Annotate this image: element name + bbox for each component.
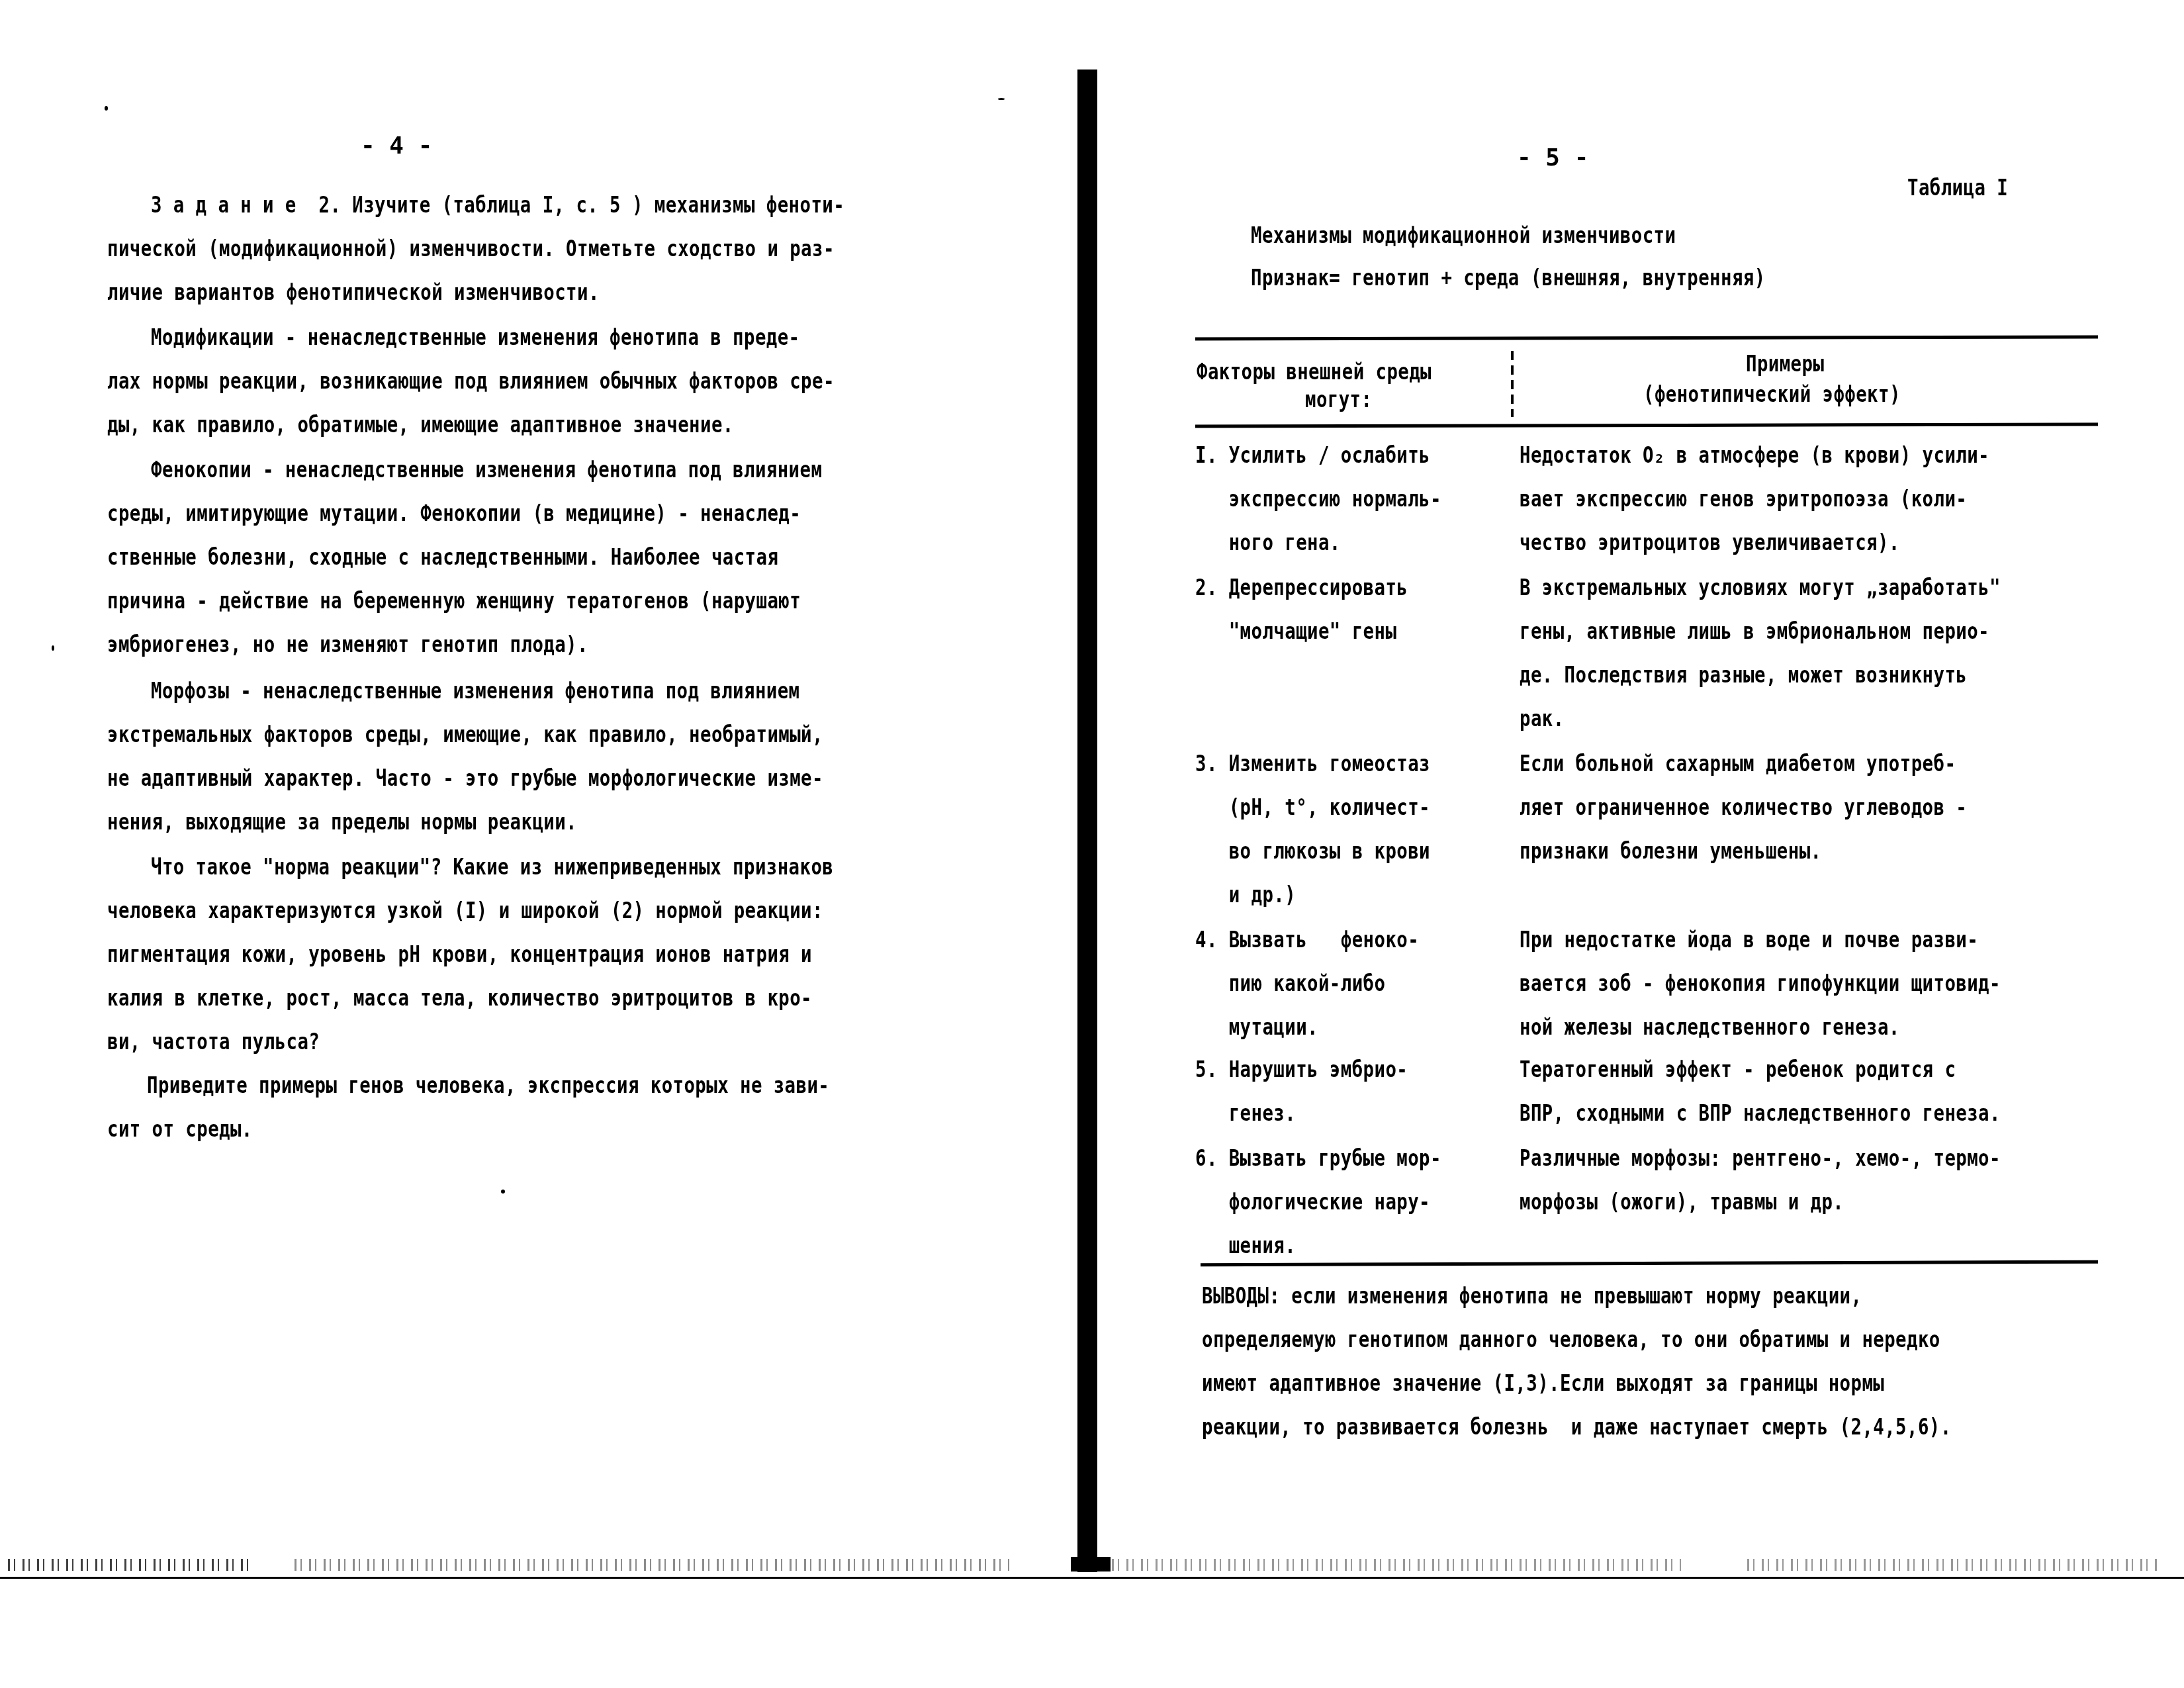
scan-speck bbox=[52, 645, 54, 651]
scan-noise bbox=[1747, 1559, 2158, 1571]
table-label: Таблица I bbox=[1907, 175, 2008, 201]
task-paragraph-line: пической (модификационной) изменчивости.… bbox=[107, 236, 835, 262]
scan-noise bbox=[8, 1559, 253, 1571]
question-paragraph-line: ви, частота пульса? bbox=[107, 1029, 320, 1055]
table-row-example: ной железы наследственного генеза. bbox=[1520, 1014, 1900, 1041]
table-row-factor: 3. Изменить гомеостаз bbox=[1195, 751, 1430, 777]
conclusion-line: ВЫВОДЫ: если изменения фенотипа не превы… bbox=[1202, 1283, 1862, 1309]
conclusion-line: реакции, то развивается болезнь и даже н… bbox=[1202, 1414, 1952, 1440]
phenocopies-paragraph-line: среды, имитирующие мутации. Фенокопии (в… bbox=[107, 500, 801, 527]
question-paragraph-line: калия в клетке, рост, масса тела, количе… bbox=[107, 985, 812, 1011]
scan-noise bbox=[295, 1559, 1009, 1571]
table-row-example: Если больной сахарным диабетом употреб- bbox=[1520, 751, 1956, 777]
table-row-factor: генез. bbox=[1195, 1100, 1296, 1127]
table-row-factor: и др.) bbox=[1195, 882, 1296, 908]
table-row-factor: шения. bbox=[1195, 1233, 1296, 1259]
examples-paragraph-line: Приведите примеры генов человека, экспре… bbox=[147, 1072, 829, 1099]
table-row-factor: 2. Дерепрессировать bbox=[1195, 575, 1408, 601]
table-row-factor: I. Усилить / ослабить bbox=[1195, 442, 1430, 469]
scan-speck bbox=[105, 106, 108, 111]
morphoses-paragraph-line: не адаптивный характер. Часто - это груб… bbox=[107, 765, 823, 792]
phenocopies-paragraph-line: ственные болезни, сходные с наследственн… bbox=[107, 544, 778, 571]
table-row-example: ляет ограниченное количество углеводов - bbox=[1520, 794, 1967, 821]
modifications-paragraph-line: лах нормы реакции, возникающие под влиян… bbox=[107, 368, 835, 395]
page-number: - 4 - bbox=[361, 132, 432, 160]
modifications-paragraph-line: Модификации - ненаследственные изменения… bbox=[151, 324, 800, 351]
table-row-example: морфозы (ожоги), травмы и др. bbox=[1520, 1189, 1844, 1215]
task-paragraph-line: З а д а н и е 2. Изучите (таблица I, с. … bbox=[151, 192, 844, 218]
table-row-example: рак. bbox=[1520, 706, 1565, 732]
task-paragraph-line: личие вариантов фенотипической изменчиво… bbox=[107, 279, 600, 306]
modifications-paragraph-line: ды, как правило, обратимые, имеющие адап… bbox=[107, 412, 734, 438]
morphoses-paragraph-line: экстремальных факторов среды, имеющие, к… bbox=[107, 722, 823, 748]
table-row-example: де. Последствия разные, может возникнуть bbox=[1520, 662, 1967, 688]
table-bottom-rule bbox=[1201, 1260, 2098, 1267]
table-row-factor: 4. Вызвать феноко- bbox=[1195, 927, 1419, 953]
table-row-example: вает экспрессию генов эритропоэза (коли- bbox=[1520, 486, 1967, 512]
table-row-factor: 6. Вызвать грубые мор- bbox=[1195, 1145, 1441, 1172]
table-column-separator bbox=[1511, 351, 1514, 417]
question-paragraph-line: Что такое "норма реакции"? Какие из ниже… bbox=[151, 854, 833, 880]
table-header-examples: (фенотипический эффект) bbox=[1643, 381, 1901, 408]
table-row-example: Недостаток O₂ в атмосфере (в крови) усил… bbox=[1520, 442, 1989, 469]
morphoses-paragraph-line: нения, выходящие за пределы нормы реакци… bbox=[107, 809, 577, 835]
table-row-factor: фологические нару- bbox=[1195, 1189, 1430, 1215]
conclusion-line: определяемую генотипом данного человека,… bbox=[1202, 1327, 1940, 1353]
table-row-example: признаки болезни уменьшены. bbox=[1520, 838, 1821, 865]
table-row-example: При недостатке йода в воде и почве разви… bbox=[1520, 927, 1978, 953]
table-row-example: чество эритроцитов увеличивается). bbox=[1520, 530, 1900, 556]
table-row-factor: пию какой-либо bbox=[1195, 970, 1385, 997]
table-header-factors: могут: bbox=[1305, 387, 1372, 413]
table-row-example: В экстремальных условиях могут „заработа… bbox=[1520, 575, 2001, 601]
scan-noise bbox=[1112, 1559, 1681, 1571]
table-row-factor: 5. Нарушить эмбрио- bbox=[1195, 1056, 1408, 1083]
table-row-example: Тератогенный эффект - ребенок родится с bbox=[1520, 1056, 1956, 1083]
table-row-factor: (pH, t°, количест- bbox=[1195, 794, 1430, 821]
question-paragraph-line: пигментация кожи, уровень pH крови, конц… bbox=[107, 941, 812, 968]
table-row-factor: ного гена. bbox=[1195, 530, 1341, 556]
table-header-factors: Факторы внешней среды bbox=[1197, 359, 1432, 385]
conclusion-line: имеют адаптивное значение (I,3).Если вых… bbox=[1202, 1370, 1884, 1397]
table-row-example: гены, активные лишь в эмбриональном пери… bbox=[1520, 618, 1989, 645]
table-row-factor: "молчащие" гены bbox=[1195, 618, 1396, 645]
page-number: - 5 - bbox=[1517, 144, 1588, 171]
table-header-examples: Примеры bbox=[1746, 351, 1824, 377]
table-row-factor: мутации. bbox=[1195, 1014, 1318, 1041]
phenocopies-paragraph-line: причина - действие на беременную женщину… bbox=[107, 588, 801, 614]
scan-speck bbox=[501, 1190, 505, 1194]
morphoses-paragraph-line: Морфозы - ненаследственные изменения фен… bbox=[151, 678, 800, 704]
phenocopies-paragraph-line: эмбриогенез, но не изменяют генотип плод… bbox=[107, 632, 588, 658]
question-paragraph-line: человека характеризуются узкой (I) и шир… bbox=[107, 898, 823, 924]
phenocopies-paragraph-line: Фенокопии - ненаследственные изменения ф… bbox=[151, 457, 822, 483]
scan-speck bbox=[998, 98, 1005, 100]
table-title: Механизмы модификационной изменчивости bbox=[1251, 222, 1676, 249]
table-top-rule bbox=[1195, 336, 2098, 341]
book-binding-shadow bbox=[1077, 70, 1097, 1572]
table-row-factor: во глюкозы в крови bbox=[1195, 838, 1430, 865]
table-row-example: ВПР, сходными с ВПР наследственного гене… bbox=[1520, 1100, 2001, 1127]
scan-bottom-edge bbox=[0, 1577, 2184, 1579]
table-row-factor: экспрессию нормаль- bbox=[1195, 486, 1441, 512]
table-row-example: Различные морфозы: рентгено-, хемо-, тер… bbox=[1520, 1145, 2001, 1172]
book-binding-shadow-foot bbox=[1071, 1557, 1111, 1571]
formula-line: Признак= генотип + среда (внешняя, внутр… bbox=[1251, 265, 1766, 291]
examples-paragraph-line: сит от среды. bbox=[107, 1116, 253, 1143]
table-row-example: вается зоб - фенокопия гипофункции щитов… bbox=[1520, 970, 2001, 997]
table-header-rule bbox=[1195, 423, 2098, 428]
